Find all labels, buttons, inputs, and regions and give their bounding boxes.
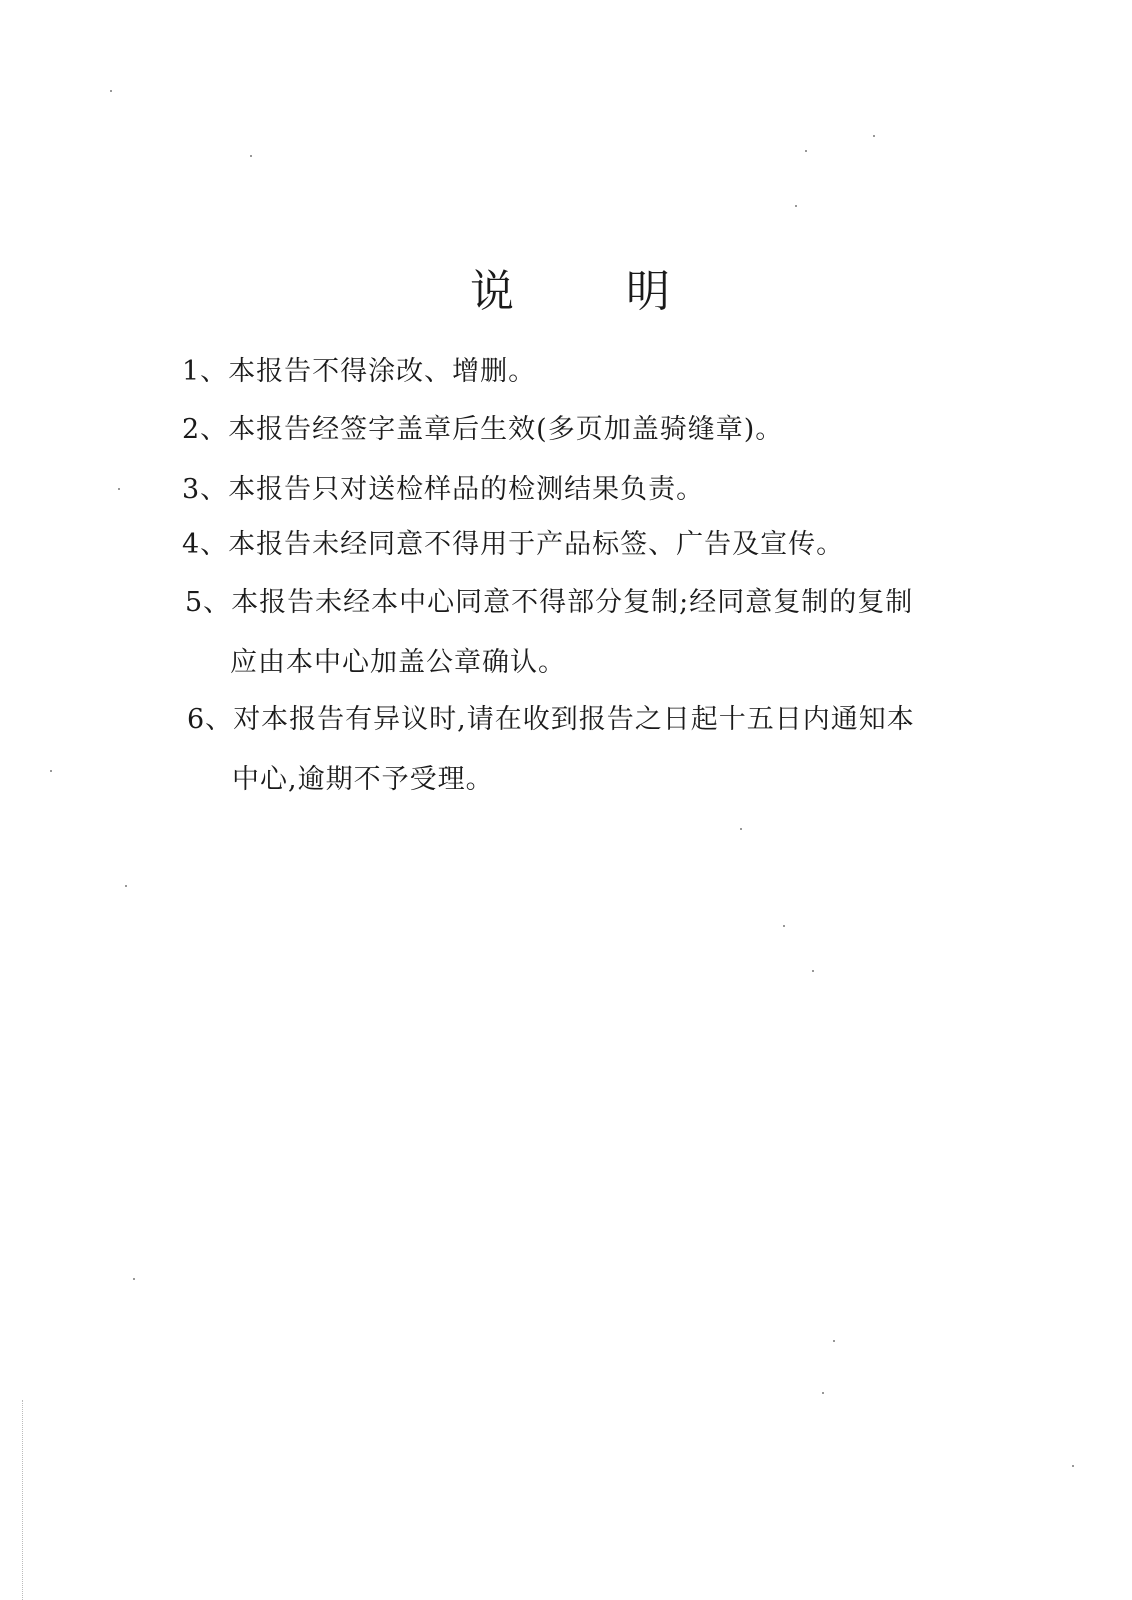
- scan-edge-mark: [22, 1400, 24, 1600]
- scan-speck: [125, 885, 127, 887]
- notes-list: 1、本报告不得涂改、增删。 2、本报告经签字盖章后生效(多页加盖骑缝章)。 3、…: [0, 0, 1132, 1600]
- scan-speck: [822, 1392, 824, 1394]
- note-text: 本报告经签字盖章后生效(多页加盖骑缝章)。: [228, 414, 783, 445]
- note-item-6-continuation: 中心,逾期不予受理。: [232, 760, 494, 800]
- scan-speck: [50, 770, 52, 772]
- scan-speck: [118, 488, 120, 490]
- document-page: 说 明 1、本报告不得涂改、增删。 2、本报告经签字盖章后生效(多页加盖骑缝章)…: [0, 0, 1132, 1600]
- note-number: 3、: [182, 470, 228, 510]
- note-number: 4、: [182, 525, 228, 565]
- note-item-6: 6、对本报告有异议时,请在收到报告之日起十五日内通知本: [187, 700, 915, 740]
- note-item-5: 5、本报告未经本中心同意不得部分复制;经同意复制的复制: [185, 583, 913, 623]
- scan-speck: [110, 90, 112, 92]
- note-number: 6、: [187, 700, 233, 740]
- note-item-3: 3、本报告只对送检样品的检测结果负责。: [182, 470, 704, 510]
- scan-speck: [795, 205, 797, 207]
- scan-speck: [250, 155, 252, 157]
- note-text: 本报告不得涂改、增删。: [228, 356, 536, 387]
- note-item-4: 4、本报告未经同意不得用于产品标签、广告及宣传。: [182, 525, 844, 565]
- scan-speck: [873, 135, 875, 137]
- scan-speck: [812, 970, 814, 972]
- note-number: 2、: [182, 410, 228, 450]
- scan-speck: [1072, 1465, 1074, 1467]
- scan-speck: [740, 828, 742, 830]
- note-text: 对本报告有异议时,请在收到报告之日起十五日内通知本: [233, 704, 915, 735]
- scan-speck: [805, 150, 807, 152]
- note-number: 5、: [185, 583, 231, 623]
- note-item-5-continuation: 应由本中心加盖公章确认。: [230, 643, 566, 683]
- note-item-2: 2、本报告经签字盖章后生效(多页加盖骑缝章)。: [182, 410, 783, 450]
- note-number: 1、: [182, 352, 228, 392]
- scan-speck: [783, 925, 785, 927]
- note-text: 本报告只对送检样品的检测结果负责。: [228, 474, 704, 505]
- scan-speck: [133, 1278, 135, 1280]
- scan-speck: [833, 1340, 835, 1342]
- note-item-1: 1、本报告不得涂改、增删。: [182, 352, 536, 392]
- note-text: 本报告未经本中心同意不得部分复制;经同意复制的复制: [231, 587, 913, 618]
- note-text: 本报告未经同意不得用于产品标签、广告及宣传。: [228, 529, 844, 560]
